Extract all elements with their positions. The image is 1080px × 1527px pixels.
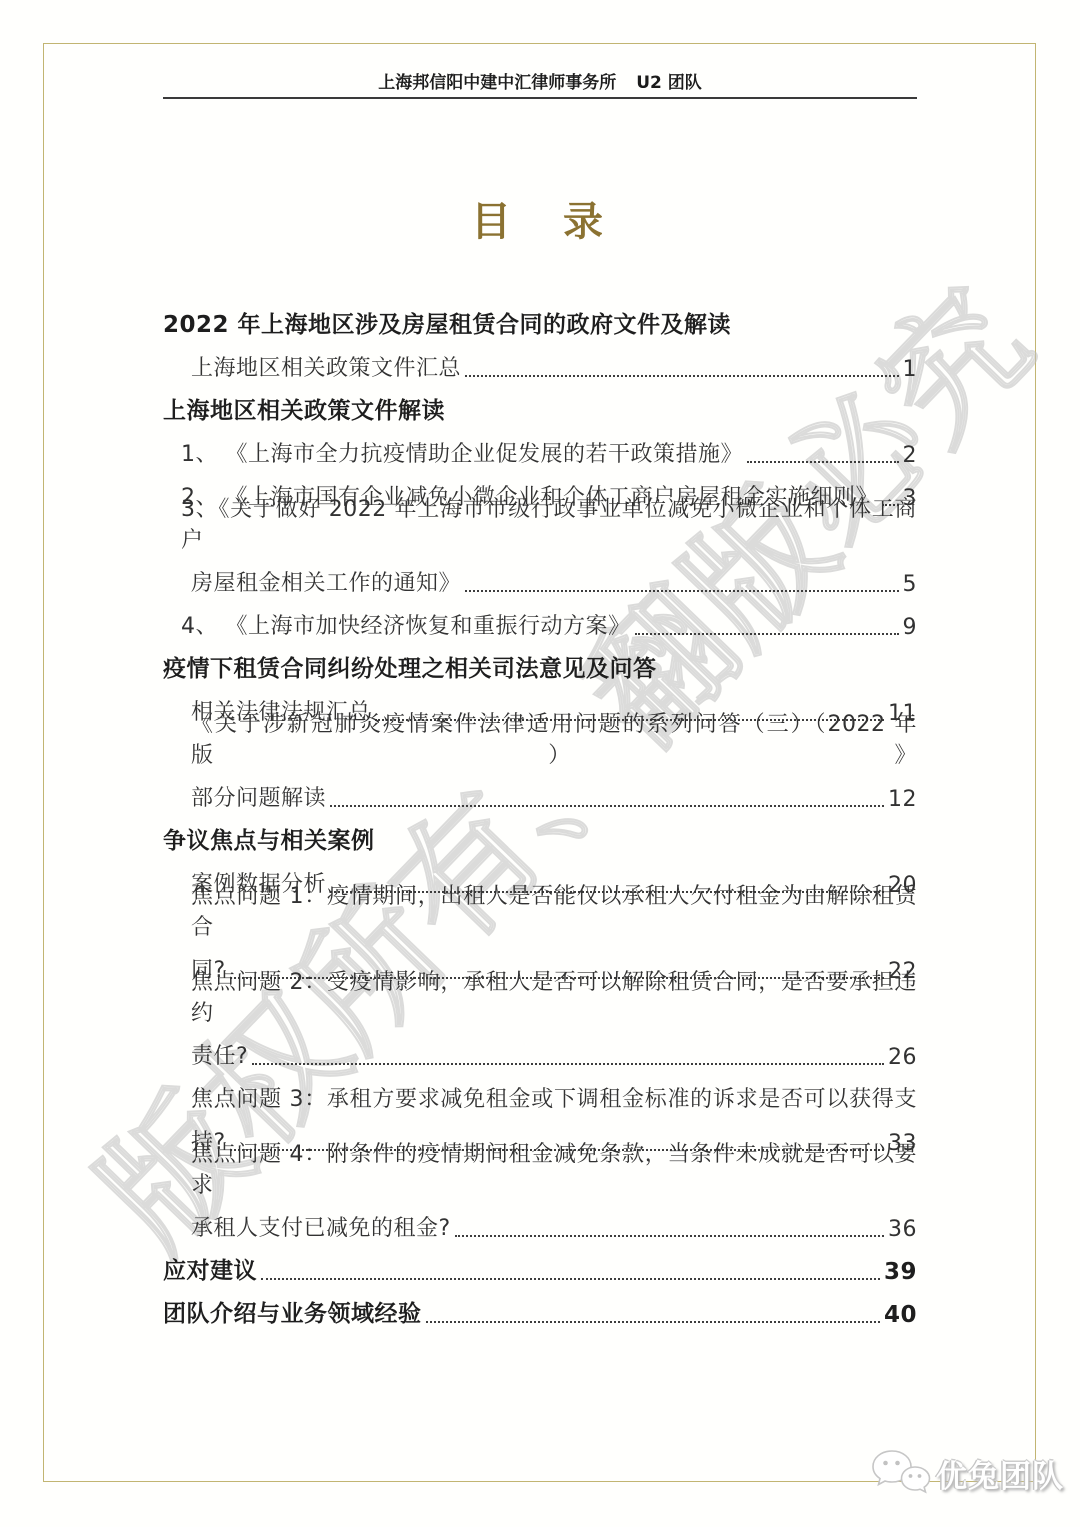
toc-row: 2022 年上海地区涉及房屋租赁合同的政府文件及解读	[163, 296, 917, 339]
page-number: 36	[888, 1217, 917, 1242]
toc-entry-text: 争议焦点与相关案例	[163, 822, 375, 855]
toc-entry-text: 上海地区相关政策文件汇总	[191, 351, 461, 382]
toc-entry-text: 焦点问题 1：疫情期间，出租人是否能仅以承租人欠付租金为由解除租赁合	[191, 879, 917, 941]
page-number: 26	[888, 1045, 917, 1070]
dotted-leader	[465, 582, 898, 592]
page-number: 1	[903, 357, 918, 382]
toc-row: 争议焦点与相关案例	[163, 812, 917, 855]
toc-row: 3、《关于做好 2022 年上海市市级行政事业单位减免小微企业和个体工商户	[163, 511, 917, 554]
toc-row: 焦点问题 1：疫情期间，出租人是否能仅以承租人欠付租金为由解除租赁合	[163, 898, 917, 941]
toc-title: 目 录	[0, 190, 1080, 247]
toc-row: 房屋租金相关工作的通知》5	[163, 554, 917, 597]
firm-name: 上海邦信阳中建中汇律师事务所	[378, 68, 616, 93]
toc-entry-text: 2022 年上海地区涉及房屋租赁合同的政府文件及解读	[163, 306, 731, 339]
toc-row: 承租人支付已减免的租金?36	[163, 1199, 917, 1242]
page-number: 39	[884, 1259, 917, 1285]
page-number: 9	[903, 615, 918, 640]
page-number: 40	[884, 1302, 917, 1328]
toc-row: 焦点问题 3：承租方要求减免租金或下调租金标准的诉求是否可以获得支	[163, 1070, 917, 1113]
toc-row: 部分问题解读12	[163, 769, 917, 812]
toc-entry-text: 焦点问题 4：附条件的疫情期间租金减免条款，当条件未成就是否可以要求	[191, 1137, 917, 1199]
toc-entry-text: 疫情下租赁合同纠纷处理之相关司法意见及问答	[163, 650, 657, 683]
toc-row: 焦点问题 4：附条件的疫情期间租金减免条款，当条件未成就是否可以要求	[163, 1156, 917, 1199]
toc-row: 团队介绍与业务领域经验40	[163, 1285, 917, 1328]
toc-entry-text: 焦点问题 2：受疫情影响，承租人是否可以解除租赁合同，是否要承担违约	[191, 965, 917, 1027]
toc-row: 应对建议39	[163, 1242, 917, 1285]
toc-entry-text: 3、《关于做好 2022 年上海市市级行政事业单位减免小微企业和个体工商户	[181, 492, 917, 554]
page-number: 2	[903, 443, 918, 468]
toc-entry-text: 团队介绍与业务领域经验	[163, 1295, 422, 1328]
page-number: 5	[903, 572, 918, 597]
toc-row: 上海地区相关政策文件汇总1	[163, 339, 917, 382]
toc-row: 上海地区相关政策文件解读	[163, 382, 917, 425]
toc-row: 4、 《上海市加快经济恢复和重振行动方案》9	[163, 597, 917, 640]
toc-row: 焦点问题 2：受疫情影响，承租人是否可以解除租赁合同，是否要承担违约	[163, 984, 917, 1027]
toc-entry-text: 上海地区相关政策文件解读	[163, 392, 445, 425]
page-number: 12	[888, 787, 917, 812]
toc-row: 责任?26	[163, 1027, 917, 1070]
page-header: 上海邦信阳中建中汇律师事务所 U2 团队	[163, 68, 917, 93]
document-page: 版权所有、翻版必究 上海邦信阳中建中汇律师事务所 U2 团队 目 录 2022 …	[0, 0, 1080, 1527]
toc-row: 《关于涉新冠肺炎疫情案件法律适用问题的系列问答（三）（2022 年版）》	[163, 726, 917, 769]
toc-entry-text: 焦点问题 3：承租方要求减免租金或下调租金标准的诉求是否可以获得支	[191, 1082, 917, 1113]
toc-entry-text: 责任?	[191, 1039, 248, 1070]
table-of-contents: 2022 年上海地区涉及房屋租赁合同的政府文件及解读上海地区相关政策文件汇总1上…	[163, 296, 917, 1328]
toc-entry-text: 4、 《上海市加快经济恢复和重振行动方案》	[181, 609, 631, 640]
dotted-leader	[455, 1227, 884, 1237]
dotted-leader	[252, 1055, 884, 1065]
dotted-leader	[465, 367, 898, 377]
toc-row: 1、 《上海市全力抗疫情助企业促发展的若干政策措施》2	[163, 425, 917, 468]
dotted-leader	[261, 1270, 880, 1280]
dotted-leader	[635, 625, 899, 635]
toc-entry-text: 房屋租金相关工作的通知》	[191, 566, 461, 597]
dotted-leader	[747, 453, 899, 463]
team-name: U2 团队	[636, 68, 702, 93]
toc-entry-text: 部分问题解读	[191, 781, 326, 812]
toc-entry-text: 1、 《上海市全力抗疫情助企业促发展的若干政策措施》	[181, 437, 743, 468]
dotted-leader	[426, 1313, 880, 1323]
header-underline	[163, 97, 917, 99]
toc-row: 疫情下租赁合同纠纷处理之相关司法意见及问答	[163, 640, 917, 683]
toc-entry-text: 应对建议	[163, 1252, 257, 1285]
toc-entry-text: 承租人支付已减免的租金?	[191, 1211, 451, 1242]
dotted-leader	[330, 797, 884, 807]
toc-entry-text: 《关于涉新冠肺炎疫情案件法律适用问题的系列问答（三）（2022 年版）》	[191, 707, 917, 769]
